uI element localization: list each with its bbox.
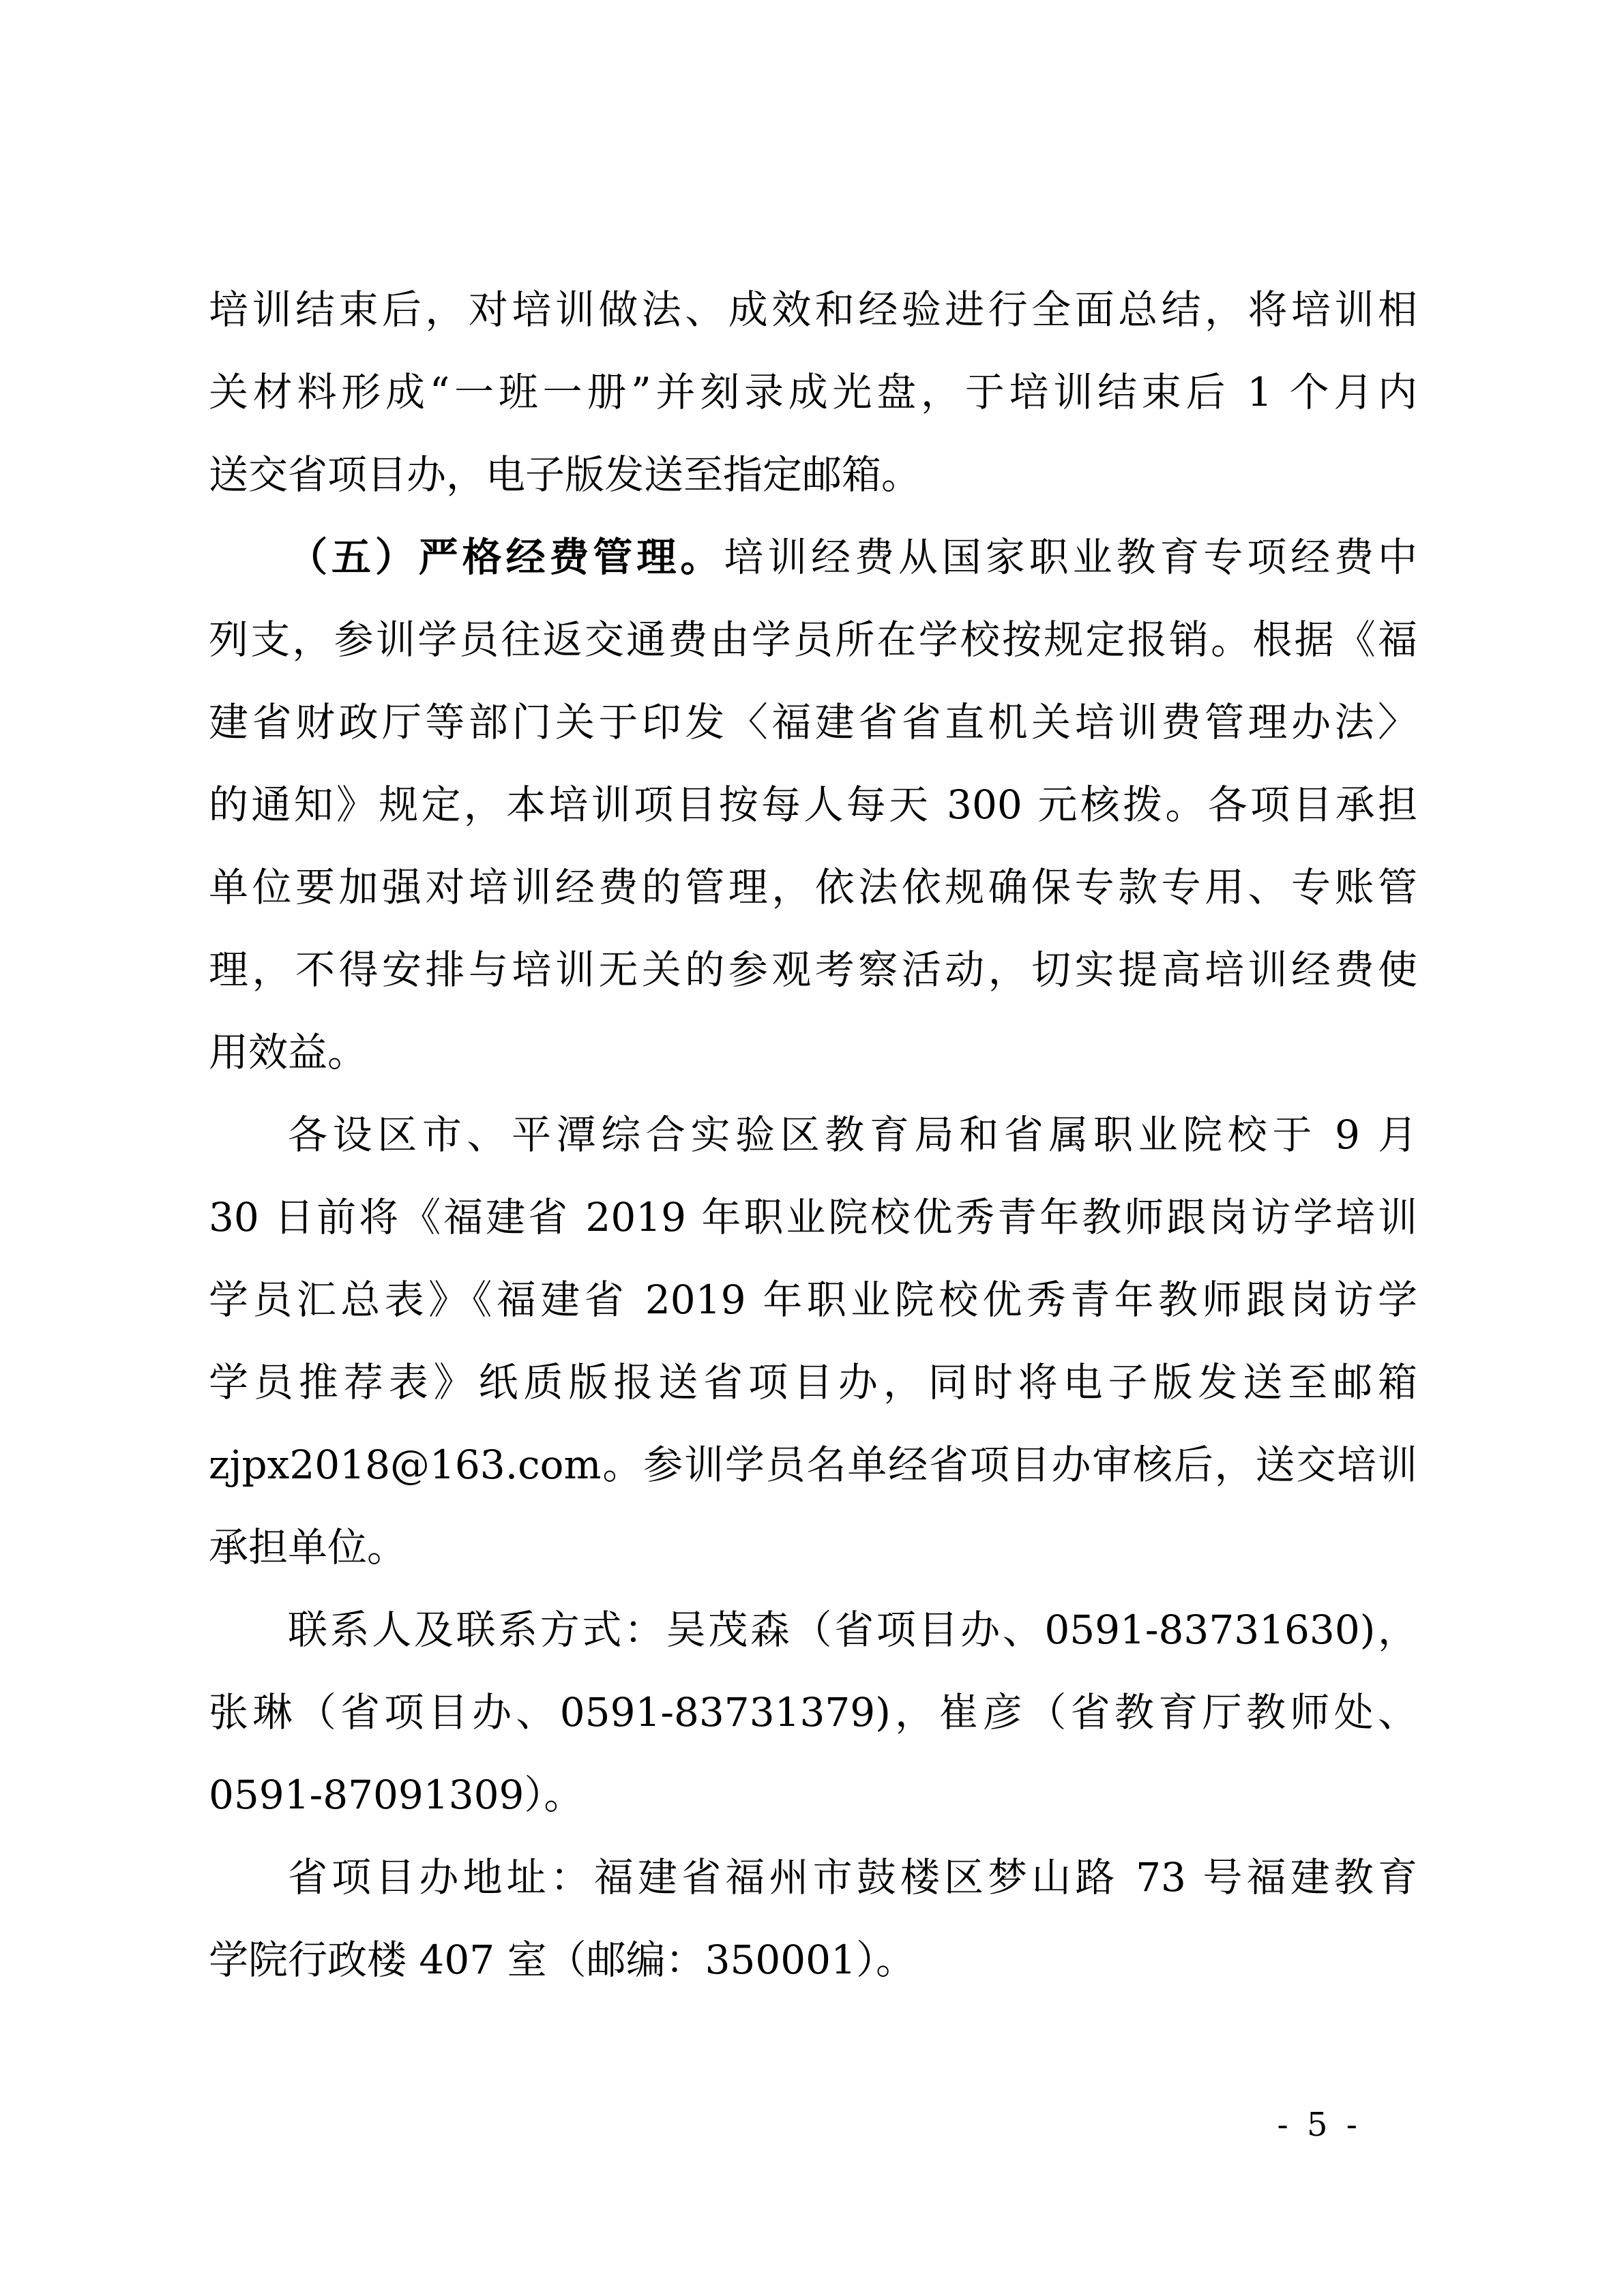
text-line: 承担单位。	[209, 1506, 1417, 1589]
text-line: 送交省项目办，电子版发送至指定邮箱。	[209, 434, 1417, 516]
text-line: 省项目办地址：福建省福州市鼓楼区梦山路 73 号福建教育	[209, 1836, 1417, 1919]
text-line: 建省财政厅等部门关于印发〈福建省省直机关培训费管理办法〉	[209, 681, 1417, 764]
text-line: 联系人及联系方式：吴茂森（省项目办、0591-83731630)，	[209, 1589, 1417, 1671]
text-line: 学院行政楼 407 室（邮编：350001）。	[209, 1919, 1417, 2001]
text-line: 单位要加强对培训经费的管理，依法依规确保专款专用、专账管	[209, 846, 1417, 929]
text-line: 学员汇总表》《福建省 2019 年职业院校优秀青年教师跟岗访学	[209, 1259, 1417, 1341]
text-line: zjpx2018@163.com。参训学员名单经省项目办审核后，送交培训	[209, 1424, 1417, 1506]
text-run: 培训经费从国家职业教育专项经费中	[724, 534, 1417, 580]
text-line: 培训结束后，对培训做法、成效和经验进行全面总结，将培训相	[209, 269, 1417, 351]
section-heading: （五）严格经费管理。	[288, 534, 724, 580]
text-line: 关材料形成“一班一册”并刻录成光盘，于培训结束后 1 个月内	[209, 351, 1417, 434]
document-body: 培训结束后，对培训做法、成效和经验进行全面总结，将培训相 关材料形成“一班一册”…	[209, 269, 1417, 2001]
text-line: （五）严格经费管理。培训经费从国家职业教育专项经费中	[209, 516, 1417, 599]
text-line: 张琳（省项目办、0591-83731379)，崔彦（省教育厅教师处、	[209, 1671, 1417, 1754]
text-line: 用效益。	[209, 1011, 1417, 1094]
text-line: 学员推荐表》纸质版报送省项目办，同时将电子版发送至邮箱	[209, 1341, 1417, 1424]
text-line: 30 日前将《福建省 2019 年职业院校优秀青年教师跟岗访学培训	[209, 1176, 1417, 1259]
page-number: - 5 -	[1278, 2106, 1362, 2144]
text-line: 各设区市、平潭综合实验区教育局和省属职业院校于 9 月	[209, 1094, 1417, 1176]
text-line: 的通知》规定，本培训项目按每人每天 300 元核拨。各项目承担	[209, 764, 1417, 846]
text-line: 理，不得安排与培训无关的参观考察活动，切实提高培训经费使	[209, 929, 1417, 1011]
document-page: 培训结束后，对培训做法、成效和经验进行全面总结，将培训相 关材料形成“一班一册”…	[0, 0, 1624, 2296]
text-line: 0591-87091309）。	[209, 1754, 1417, 1836]
text-line: 列支，参训学员往返交通费由学员所在学校按规定报销。根据《福	[209, 599, 1417, 681]
